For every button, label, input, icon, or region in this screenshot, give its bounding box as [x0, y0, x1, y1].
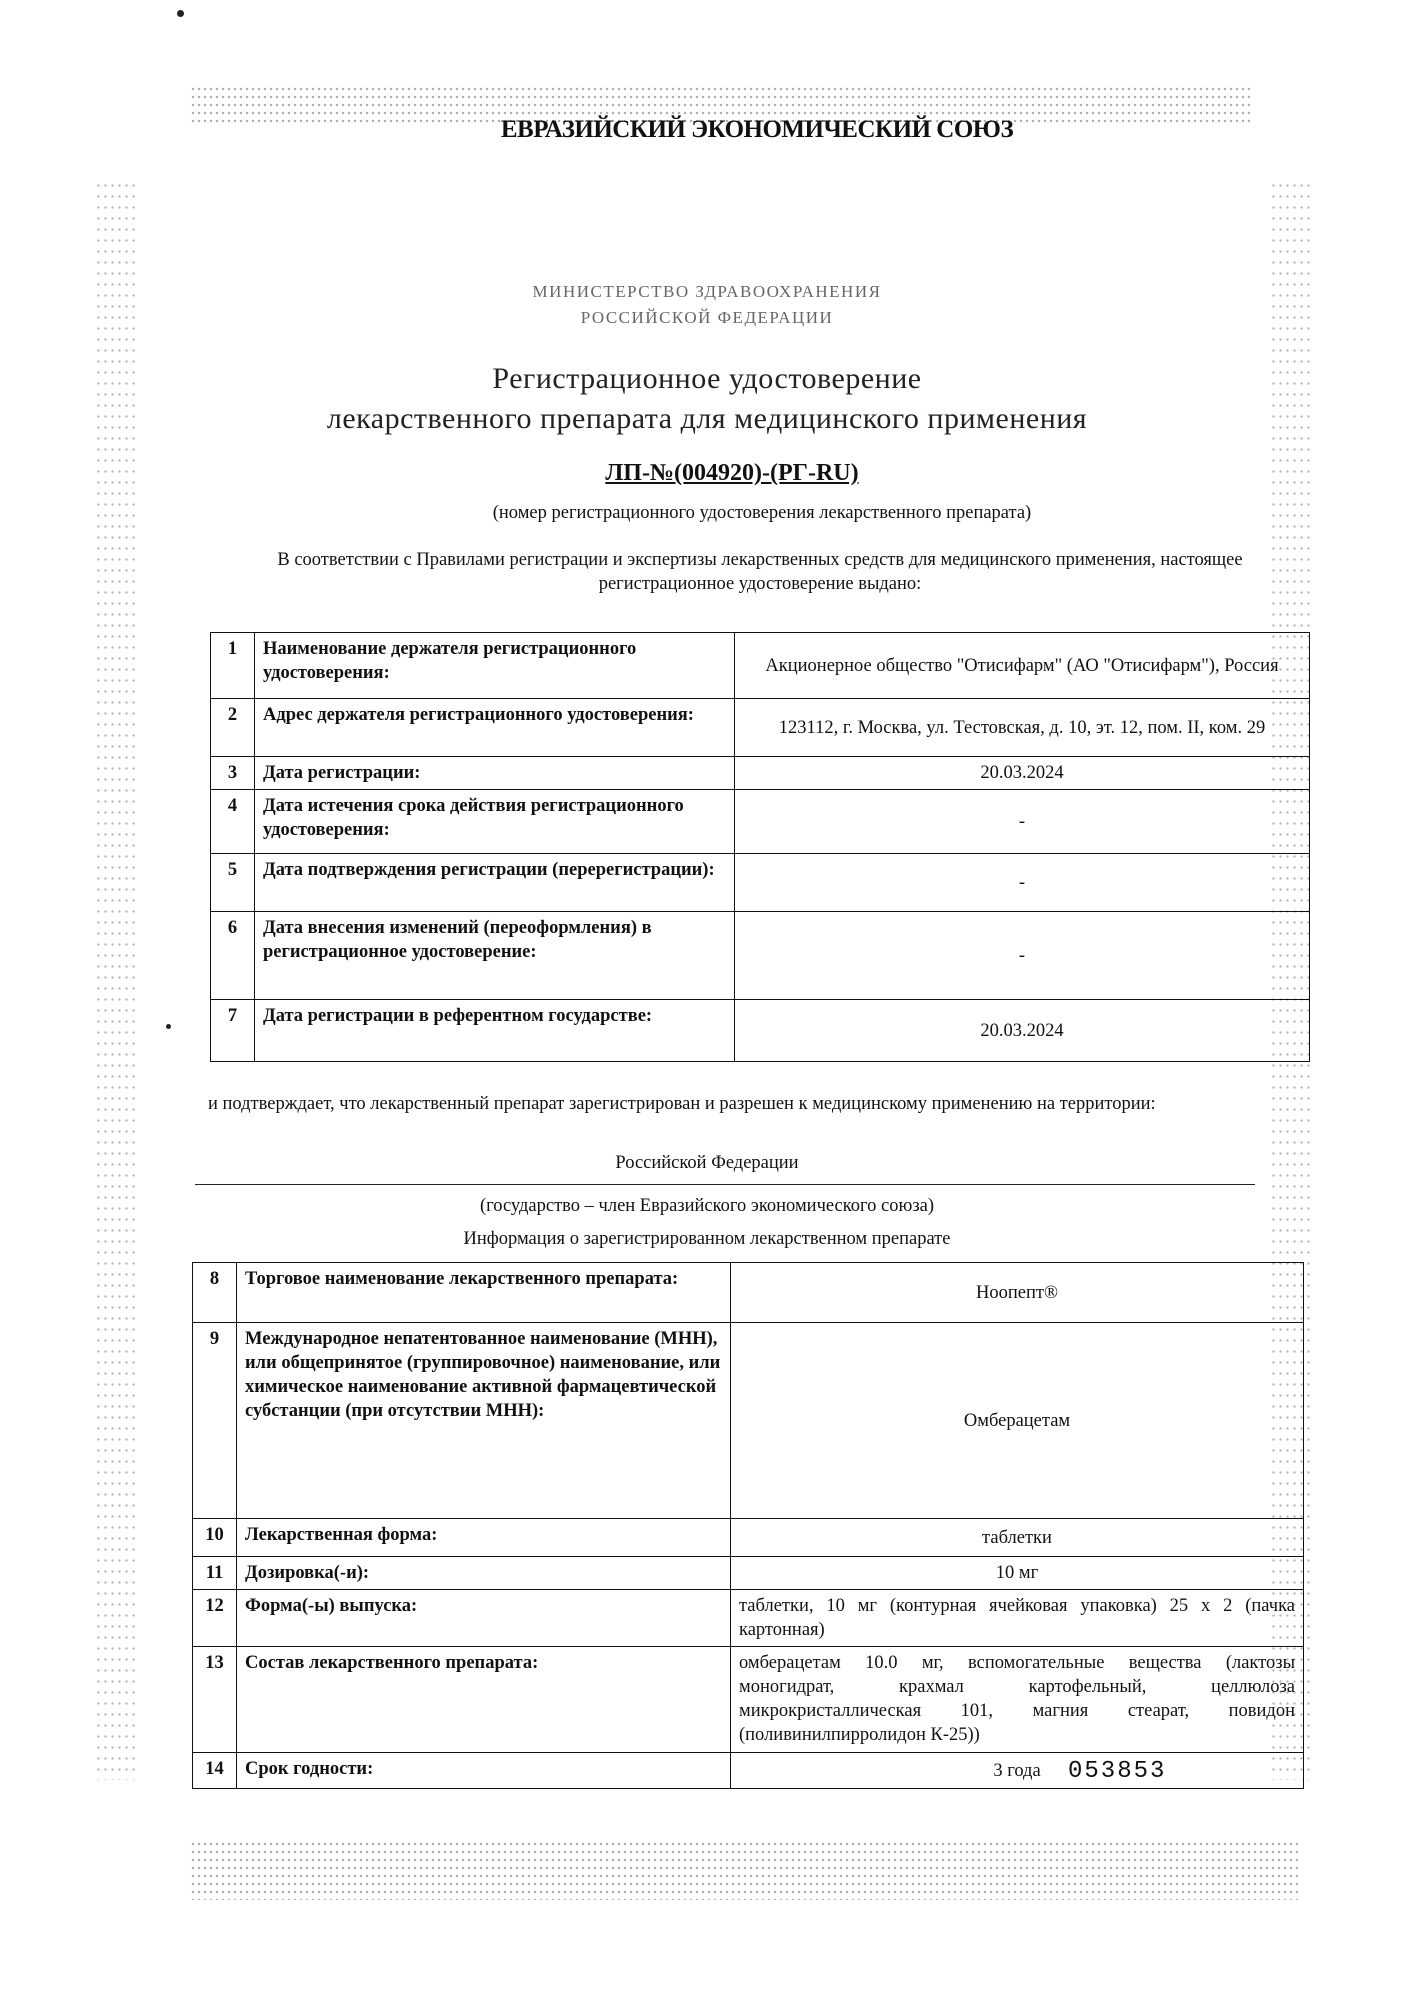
table-row: 4Дата истечения срока действия регистрац… [211, 790, 1310, 854]
punch-mark [166, 1024, 171, 1029]
table-row: 11Дозировка(-и):10 мг [193, 1557, 1304, 1590]
territory: Российской Федерации [0, 1153, 1414, 1174]
row-number: 2 [211, 699, 255, 757]
row-number: 6 [211, 912, 255, 1000]
table-row: 5Дата подтверждения регистрации (перерег… [211, 854, 1310, 912]
row-number: 4 [211, 790, 255, 854]
document-title-line-1: Регистрационное удостоверение [0, 362, 1414, 396]
row-label: Дозировка(-и): [237, 1557, 731, 1590]
table-row: 3Дата регистрации:20.03.2024 [211, 757, 1310, 790]
row-number: 12 [193, 1590, 237, 1647]
drug-info-heading: Информация о зарегистрированном лекарств… [0, 1229, 1414, 1250]
table-row: 13Состав лекарственного препарата:омбера… [193, 1647, 1304, 1753]
row-number: 14 [193, 1753, 237, 1789]
row-number: 13 [193, 1647, 237, 1753]
table-row: 1Наименование держателя регистрационного… [211, 633, 1310, 699]
row-number: 8 [193, 1263, 237, 1323]
table-row: 2Адрес держателя регистрационного удосто… [211, 699, 1310, 757]
row-value: омберацетам 10.0 мг, вспомогательные вещ… [731, 1647, 1304, 1753]
drug-table: 8Торговое наименование лекарственного пр… [192, 1262, 1304, 1789]
row-number: 3 [211, 757, 255, 790]
row-label: Лекарственная форма: [237, 1519, 731, 1557]
row-number: 9 [193, 1323, 237, 1519]
scan-border-bottom [190, 1840, 1300, 1900]
row-label: Дата истечения срока действия регистраци… [255, 790, 735, 854]
table-row: 8Торговое наименование лекарственного пр… [193, 1263, 1304, 1323]
registration-number-caption: (номер регистрационного удостоверения ле… [0, 503, 1414, 524]
registration-number: ЛП-№(004920)-(РГ-RU) [0, 460, 1414, 487]
row-label: Дата регистрации в референтном государст… [255, 1000, 735, 1062]
row-value: - [735, 912, 1310, 1000]
row-label: Наименование держателя регистрационного … [255, 633, 735, 699]
territory-caption: (государство – член Евразийского экономи… [0, 1196, 1414, 1217]
table-row: 10Лекарственная форма:таблетки [193, 1519, 1304, 1557]
row-value: Акционерное общество "Отисифарм" (АО "От… [735, 633, 1310, 699]
union-title: ЕВРАЗИЙСКИЙ ЭКОНОМИЧЕСКИЙ СОЮЗ [0, 116, 1414, 144]
row-label: Состав лекарственного препарата: [237, 1647, 731, 1753]
row-value: Омберацетам [731, 1323, 1304, 1519]
ministry-line-2: РОССИЙСКОЙ ФЕДЕРАЦИИ [0, 308, 1414, 328]
row-number: 1 [211, 633, 255, 699]
holder-table: 1Наименование держателя регистрационного… [210, 632, 1310, 1062]
serial-number: 053853 [1068, 1758, 1166, 1785]
territory-underline [195, 1184, 1255, 1185]
row-label: Форма(-ы) выпуска: [237, 1590, 731, 1647]
row-number: 7 [211, 1000, 255, 1062]
punch-mark [177, 10, 184, 17]
confirmation-text: и подтверждает, что лекарственный препар… [208, 1092, 1298, 1116]
table-row: 12Форма(-ы) выпуска:таблетки, 10 мг (кон… [193, 1590, 1304, 1647]
row-value: - [735, 790, 1310, 854]
table-row: 6Дата внесения изменений (переоформления… [211, 912, 1310, 1000]
row-label: Дата регистрации: [255, 757, 735, 790]
table-row: 9Международное непатентованное наименова… [193, 1323, 1304, 1519]
row-label: Торговое наименование лекарственного пре… [237, 1263, 731, 1323]
row-value: таблетки [731, 1519, 1304, 1557]
row-label: Дата подтверждения регистрации (перереги… [255, 854, 735, 912]
row-value: таблетки, 10 мг (контурная ячейковая упа… [731, 1590, 1304, 1647]
row-label: Дата внесения изменений (переоформления)… [255, 912, 735, 1000]
row-value: 20.03.2024 [735, 1000, 1310, 1062]
row-label: Адрес держателя регистрационного удостов… [255, 699, 735, 757]
document-title-line-2: лекарственного препарата для медицинског… [0, 402, 1414, 436]
row-label: Срок годности: [237, 1753, 731, 1789]
row-value: 123112, г. Москва, ул. Тестовская, д. 10… [735, 699, 1310, 757]
row-number: 5 [211, 854, 255, 912]
table-row: 7Дата регистрации в референтном государс… [211, 1000, 1310, 1062]
ministry-line-1: МИНИСТЕРСТВО ЗДРАВООХРАНЕНИЯ [0, 282, 1414, 302]
intro-paragraph: В соответствии с Правилами регистрации и… [250, 548, 1270, 596]
row-value: - [735, 854, 1310, 912]
row-value: 3 года [731, 1753, 1304, 1789]
row-number: 11 [193, 1557, 237, 1590]
row-value: 20.03.2024 [735, 757, 1310, 790]
row-number: 10 [193, 1519, 237, 1557]
row-value: Ноопепт® [731, 1263, 1304, 1323]
row-label: Международное непатентованное наименован… [237, 1323, 731, 1519]
row-value: 10 мг [731, 1557, 1304, 1590]
